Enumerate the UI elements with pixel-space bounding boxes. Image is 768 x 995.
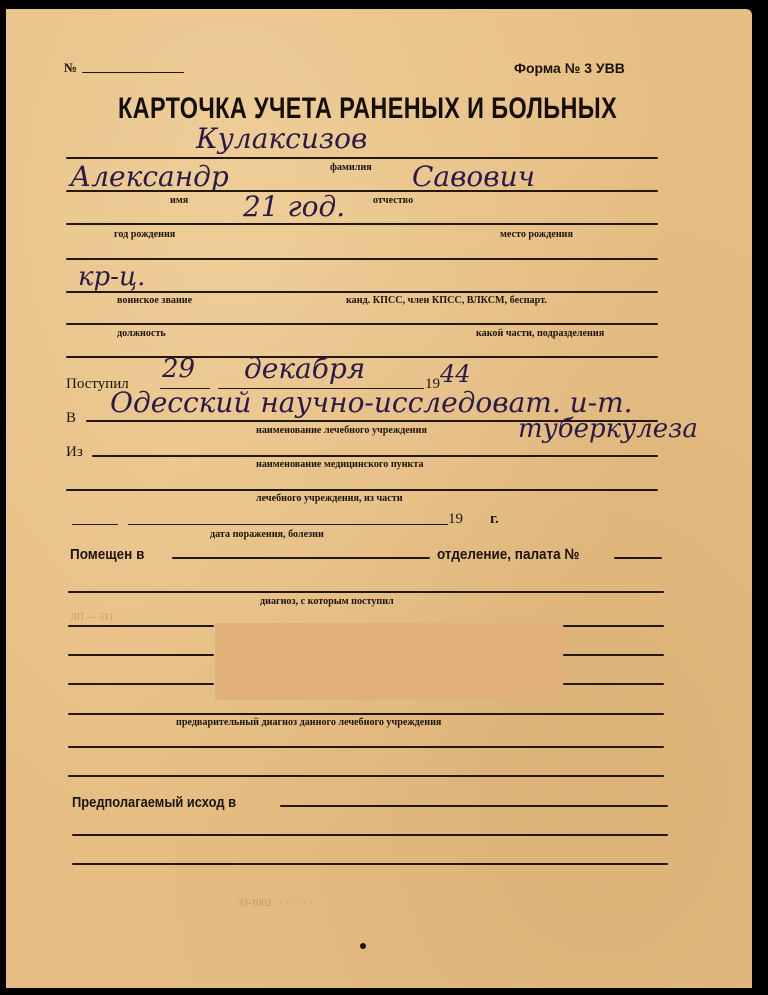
card-number-line — [82, 72, 184, 73]
redaction-box — [215, 623, 562, 700]
faint-bleed-through-text: 33-1002 · · · · · · · — [238, 898, 312, 909]
from-line — [92, 455, 658, 457]
injury-year-suffix: г. — [490, 511, 499, 528]
surname-line — [66, 157, 658, 159]
first-name-value: Александр — [70, 160, 229, 193]
injury-year-prefix: 19 — [448, 511, 463, 528]
preliminary-diagnosis-line-3 — [68, 775, 664, 777]
from-line-2 — [66, 489, 658, 491]
unit-label: какой части, подразделения — [476, 327, 604, 339]
from-label-2: лечебного учреждения, из части — [256, 492, 403, 504]
name-line — [66, 190, 658, 192]
diagnosis-line-2-right — [563, 654, 664, 656]
form-label: Форма № 3 УВВ — [514, 60, 625, 76]
birth-place-line — [66, 258, 658, 260]
patronymic-label: отчество — [373, 194, 413, 206]
institution-prefix: В — [66, 410, 76, 427]
ink-dot — [360, 943, 366, 949]
admission-diagnosis-line — [68, 591, 664, 593]
diagnosis-line-1-right — [563, 625, 664, 627]
admitted-day-value: 29 — [162, 354, 195, 384]
birth-line — [66, 223, 658, 225]
rank-line — [66, 291, 658, 293]
placed-prefix: Помещен в — [70, 546, 144, 563]
injury-date-label: дата поражения, болезни — [210, 528, 324, 540]
institution-label: наименование лечебного учреждения — [256, 424, 427, 436]
surname-label: фамилия — [330, 161, 372, 173]
placed-ward-label: отделение, палата № — [437, 546, 579, 563]
first-name-label: имя — [170, 194, 188, 206]
birth-year-label: год рождения — [114, 228, 175, 240]
from-label: наименование медицинского пункта — [256, 458, 424, 470]
diagnosis-line-3-right — [563, 683, 664, 685]
preliminary-diagnosis-line — [68, 713, 664, 715]
rank-value: кр-ц. — [78, 262, 145, 292]
preliminary-diagnosis-line-2 — [68, 746, 664, 748]
admission-diagnosis-label: диагноз, с которым поступил — [260, 595, 394, 607]
institution-value-line2: туберкулеза — [518, 414, 698, 444]
position-label: должность — [117, 327, 166, 339]
expected-outcome-line-2 — [72, 834, 668, 836]
preliminary-diagnosis-label: предварительный диагноз данного лечебног… — [176, 716, 441, 728]
from-prefix: Из — [66, 444, 83, 461]
diagnosis-line-3-left — [68, 683, 214, 685]
admitted-year-value: 44 — [440, 360, 471, 388]
rank-label: воинское звание — [117, 294, 192, 306]
injury-day-line — [72, 524, 118, 525]
expected-outcome-line — [280, 805, 668, 807]
admitted-month-value: декабря — [244, 352, 365, 385]
patronymic-value: Савович — [412, 160, 535, 193]
position-line — [66, 323, 658, 325]
faint-stamp-text: ЛП — 311 — [70, 612, 114, 623]
birth-year-value: 21 год. — [243, 190, 345, 223]
document-title: КАРТОЧКА УЧЕТА РАНЕНЫХ И БОЛЬНЫХ — [118, 92, 617, 126]
expected-outcome-line-3 — [72, 863, 668, 865]
diagnosis-line-1-left — [68, 625, 214, 627]
birth-place-label: место рождения — [500, 228, 573, 240]
surname-value: Кулаксизов — [196, 122, 367, 155]
party-label: канд. КПСС, член КПСС, ВЛКСМ, беспарт. — [346, 294, 547, 306]
expected-outcome-label: Предполагаемый исход в — [72, 794, 236, 811]
diagnosis-line-2-left — [68, 654, 214, 656]
placed-department-line — [172, 557, 430, 559]
card-number-label: № — [64, 60, 77, 76]
placed-ward-line — [614, 557, 662, 559]
injury-month-line — [128, 524, 448, 525]
